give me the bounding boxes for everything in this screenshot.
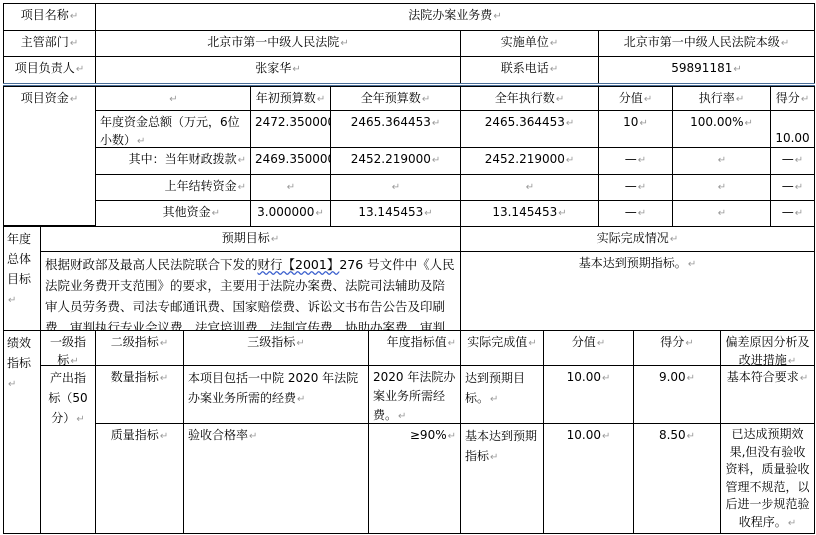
funds-row-score-value: 10↵ <box>598 110 673 148</box>
funds-row-score: —↵ <box>770 200 815 227</box>
funds-row-label: 其他资金↵ <box>95 200 251 227</box>
perf-col-score: 得分↵ <box>633 330 721 366</box>
perf-col-analysis: 偏差原因分析及改进措施↵ <box>720 330 815 366</box>
funds-row-score-value: —↵ <box>598 147 673 175</box>
perf-row-level3: 验收合格率↵ <box>183 423 369 534</box>
perf-row-actual: 达到预期目标。↵ <box>460 365 544 424</box>
funds-row-executed: 13.145453↵ <box>460 200 599 227</box>
funds-row-executed: 2465.364453↵ <box>460 110 599 148</box>
owner-label: 项目负责人↵ <box>3 56 96 84</box>
funds-col-score: 得分↵ <box>770 86 815 111</box>
perf-row-analysis: 已达成预期效果,但没有验收资料，质量验收管理不规范，以后进一步规范验收程序。↵ <box>720 423 815 534</box>
funds-row-rate: 100.00%↵ <box>672 110 771 148</box>
funds-row-initial: ↵ <box>250 174 331 201</box>
funds-row-initial: 2469.350000 <box>250 147 331 175</box>
funds-row-label: 年度资金总额（万元，6位小数）↵ <box>95 110 251 148</box>
goals-expected-text: 根据财政部及最高人民法院联合下发的财行【2001】276 号文件中《人民法院业务… <box>40 251 461 331</box>
funds-row-rate: ↵ <box>672 174 771 201</box>
project-name-label: 项目名称↵ <box>3 3 96 31</box>
phone-label: 联系电话↵ <box>460 56 599 84</box>
funds-row-initial: 2472.350000 <box>250 110 331 148</box>
perf-row-level2: 数量指标↵ <box>95 365 184 424</box>
goals-actual-header: 实际完成情况↵ <box>460 226 815 252</box>
perf-col-actual: 实际完成值↵ <box>460 330 544 366</box>
funds-col-annual: 全年预算数↵ <box>330 86 461 111</box>
funds-row-executed: 2452.219000↵ <box>460 147 599 175</box>
goals-section-label: 年度总体目标↵ <box>3 226 41 331</box>
funds-row-initial: 3.000000↵ <box>250 200 331 227</box>
funds-col-score-value: 分值↵ <box>598 86 673 111</box>
perf-row-actual: 基本达到预期指标↵ <box>460 423 544 534</box>
perf-row-score: 9.00↵ <box>633 365 721 424</box>
dept-value: 北京市第一中级人民法院↵ <box>95 30 461 57</box>
funds-col-blank: ↵ <box>95 86 251 111</box>
doc-reference: 财行【2001】 <box>258 257 340 272</box>
perf-row-level3: 本项目包括一中院 2020 年法院办案业务所需的经费↵ <box>183 365 369 424</box>
dept-label: 主管部门↵ <box>3 30 96 57</box>
perf-row-target: 2020 年法院办案业务所需经费。↵ <box>368 365 461 424</box>
owner-value: 张家华↵ <box>95 56 461 84</box>
phone-value: 59891181↵ <box>598 56 815 84</box>
perf-row-score-value: 10.00↵ <box>543 365 634 424</box>
perf-col-target: 年度指标值↵ <box>368 330 461 366</box>
perf-col-score-value: 分值↵ <box>543 330 634 366</box>
funds-row-label: 上年结转资金↵ <box>95 174 251 201</box>
funds-row-annual: 2465.364453↵ <box>330 110 461 148</box>
funds-row-annual: ↵ <box>330 174 461 201</box>
impl-unit-value: 北京市第一中级人民法院本级↵ <box>598 30 815 57</box>
perf-row-target: ≥90%↵ <box>368 423 461 534</box>
goals-expected-header: 预期目标↵ <box>40 226 461 252</box>
funds-row-score: —↵ <box>770 147 815 175</box>
funds-col-executed: 全年执行数↵ <box>460 86 599 111</box>
funds-col-initial: 年初预算数↵ <box>250 86 331 111</box>
perf-row-level2: 质量指标↵ <box>95 423 184 534</box>
funds-row-score-value: —↵ <box>598 174 673 201</box>
perf-section-label: 绩效指标↵ <box>3 330 41 534</box>
funds-row-score: —↵ <box>770 174 815 201</box>
funds-row-score: 10.00 <box>770 110 815 148</box>
funds-row-label: 其中：当年财政拨款↵ <box>95 147 251 175</box>
funds-col-rate: 执行率↵ <box>672 86 771 111</box>
funds-row-rate: ↵ <box>672 200 771 227</box>
perf-col-level3: 三级指标↵ <box>183 330 369 366</box>
perf-row-analysis: 基本符合要求↵ <box>720 365 815 424</box>
goals-actual-text: 基本达到预期指标。↵ <box>460 251 815 331</box>
funds-row-annual: 13.145453↵ <box>330 200 461 227</box>
funds-row-executed: ↵ <box>460 174 599 201</box>
impl-unit-label: 实施单位↵ <box>460 30 599 57</box>
funds-row-score-value: —↵ <box>598 200 673 227</box>
perf-col-level2: 二级指标↵ <box>95 330 184 366</box>
funds-row-rate: ↵ <box>672 147 771 175</box>
perf-level1: 产出指标（50分）↵ <box>40 365 96 534</box>
perf-col-level1: 一级指标↵ <box>40 330 96 366</box>
perf-row-score-value: 10.00↵ <box>543 423 634 534</box>
funds-section-label: 项目资金↵ <box>3 86 96 226</box>
project-name-value: 法院办案业务费↵ <box>95 3 815 31</box>
perf-row-score: 8.50↵ <box>633 423 721 534</box>
funds-row-annual: 2452.219000↵ <box>330 147 461 175</box>
